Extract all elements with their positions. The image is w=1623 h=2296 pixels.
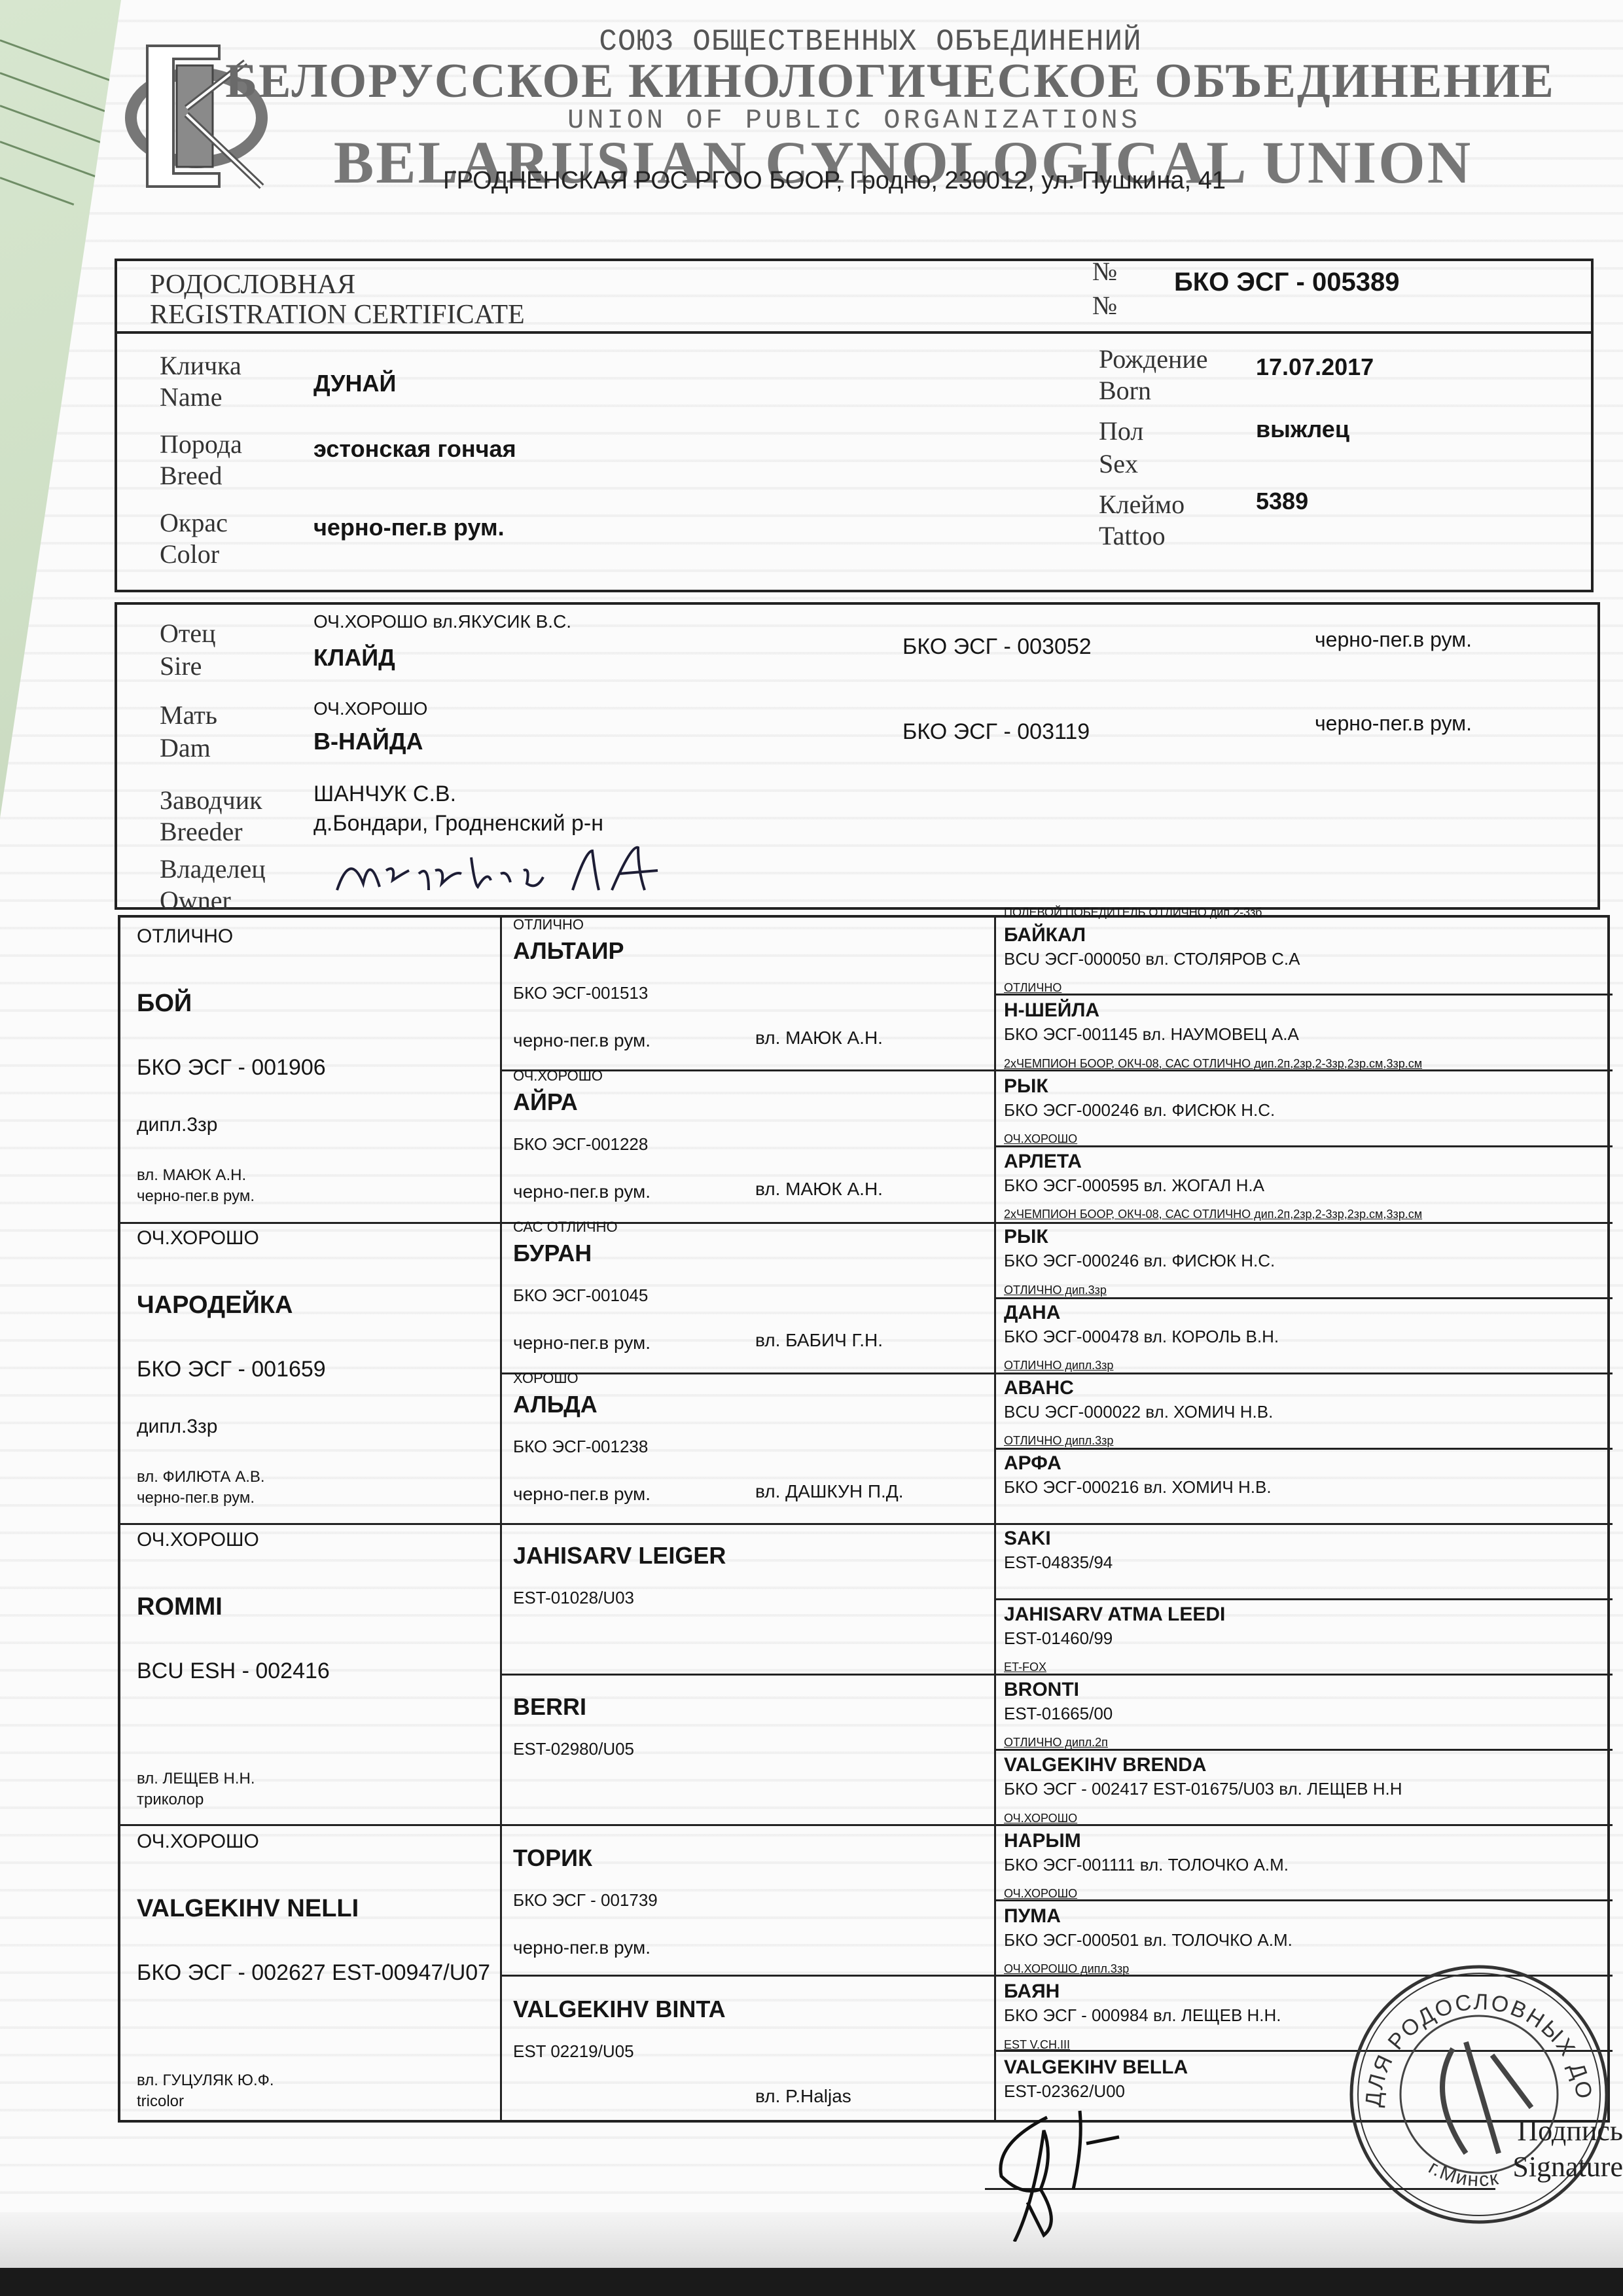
gen2-color: черно-пег.в рум.	[513, 1181, 651, 1202]
title-en: REGISTRATION CERTIFICATE	[150, 299, 525, 331]
gen3-reg: БКО ЭСГ-001111 вл. ТОЛОЧКО А.М.	[1004, 1855, 1289, 1875]
gen2-name: ТОРИК	[513, 1844, 592, 1872]
dog-info-box: Кличка Name ДУНАЙ Порода Breed эстонская…	[115, 334, 1594, 592]
gen3-reg: EST-01460/99	[1004, 1628, 1113, 1649]
gen2-reg: БКО ЭСГ-001513	[513, 983, 648, 1003]
gen3-award: ОТЛИЧНО дипл.3зр	[1004, 1434, 1113, 1448]
number-sign: №	[1092, 256, 1117, 287]
gen3-name: НАРЫМ	[1004, 1830, 1081, 1852]
gen1-diploma: дипл.3зр	[137, 1114, 217, 1136]
dam-color: черно-пег.в рум.	[1315, 711, 1472, 736]
gen2-name: АЙРА	[513, 1088, 578, 1116]
breed-label-en: Breed	[160, 460, 223, 492]
gen1-color: триколор	[137, 1791, 204, 1809]
gen2-name: БУРАН	[513, 1240, 592, 1267]
gen3-award: ОЧ.ХОРОШО	[1004, 1887, 1077, 1901]
stamp-text-bottom: г.Минск	[1425, 2157, 1501, 2191]
gen1-reg: БКО ЭСГ - 002627 EST-00947/U07	[137, 1960, 490, 1986]
gen2-owner: вл. МАЮК А.Н.	[755, 1028, 883, 1049]
gen3-name: ПУМА	[1004, 1905, 1061, 1928]
gen1-reg: БКО ЭСГ - 001659	[137, 1357, 326, 1382]
gen3-name: ДАНА	[1004, 1302, 1060, 1324]
gen3-reg: БКО ЭСГ-000478 вл. КОРОЛЬ В.Н.	[1004, 1327, 1279, 1347]
tattoo-label-en: Tattoo	[1099, 520, 1166, 552]
gen3-name: БАЙКАЛ	[1004, 924, 1086, 946]
gen2-name: BERRI	[513, 1693, 586, 1721]
gen2-award: ОЧ.ХОРОШО	[513, 1067, 603, 1085]
gen1-owner: вл. ГУЦУЛЯК Ю.Ф.	[137, 2072, 274, 2090]
gen1-award: ОЧ.ХОРОШО	[137, 1227, 259, 1249]
gen3-reg: БКО ЭСГ-000501 вл. ТОЛОЧКО А.М.	[1004, 1930, 1293, 1950]
gen2-owner: вл. ДАШКУН П.Д.	[755, 1481, 904, 1502]
signature-label-en: Signature	[1512, 2150, 1623, 2183]
gen2-award: ОТЛИЧНО	[513, 916, 584, 933]
gen2-color: черно-пег.в рум.	[513, 1030, 651, 1051]
gen1-diploma: дипл.3зр	[137, 1416, 217, 1438]
dog-name: ДУНАЙ	[313, 370, 396, 397]
name-label-ru: Кличка	[160, 350, 241, 382]
gen1-color: черно-пег.в рум.	[137, 1489, 255, 1507]
gen2-reg: БКО ЭСГ-001238	[513, 1437, 648, 1457]
gen2-reg: БКО ЭСГ-001045	[513, 1285, 648, 1306]
gen1-reg: БКО ЭСГ - 001906	[137, 1055, 326, 1081]
gen3-reg: БКО ЭСГ-001145 вл. НАУМОВЕЦ А.А	[1004, 1024, 1299, 1045]
gen1-owner: вл. ЛЕЩЕВ Н.Н.	[137, 1770, 255, 1788]
gen1-name: ROMMI	[137, 1593, 223, 1621]
gen2-reg: БКО ЭСГ - 001739	[513, 1890, 658, 1910]
gen3-award: ОЧ.ХОРОШО	[1004, 1132, 1077, 1146]
dog-born: 17.07.2017	[1256, 353, 1374, 381]
gen1-color: черно-пег.в рум.	[137, 1187, 255, 1206]
owner-label-ru: Владелец	[160, 853, 266, 885]
gen2-reg: EST 02219/U05	[513, 2041, 634, 2062]
gen3-name: АРЛЕТА	[1004, 1151, 1082, 1173]
dam-title: ОЧ.ХОРОШО	[313, 698, 427, 719]
gen3-name: JAHISARV ATMA LEEDI	[1004, 1604, 1225, 1626]
gen1-award: ОТЛИЧНО	[137, 925, 233, 948]
owner-handwritten-name-icon	[330, 844, 697, 903]
gen3-reg: EST-04835/94	[1004, 1552, 1113, 1573]
gen2-award: САС ОТЛИЧНО	[513, 1219, 618, 1236]
gen3-name: BRONTI	[1004, 1679, 1079, 1701]
gen1-name: ЧАРОДЕЙКА	[137, 1291, 293, 1319]
sire-title: ОЧ.ХОРОШО вл.ЯКУСИК В.С.	[313, 611, 571, 632]
gen2-award: ХОРОШО	[513, 1370, 579, 1387]
breeder-label-en: Breeder	[160, 816, 243, 848]
handwritten-signature-icon	[982, 2104, 1257, 2242]
dam-reg: БКО ЭСГ - 003119	[902, 719, 1090, 745]
gen3-reg: EST-01665/00	[1004, 1704, 1113, 1724]
gen3-award: ОТЛИЧНО дипл.3зр	[1004, 1359, 1113, 1372]
gen3-award: ET-FOX	[1004, 1660, 1046, 1674]
gen3-name: АРФА	[1004, 1452, 1061, 1475]
gen3-reg: БКО ЭСГ-000246 вл. ФИСЮК Н.С.	[1004, 1251, 1275, 1271]
gen2-name: АЛЬТАИР	[513, 937, 624, 965]
gen3-award: 2хЧЕМПИОН БООР, ОКЧ-08, САС ОТЛИЧНО дип.…	[1004, 1057, 1422, 1071]
sire-reg: БКО ЭСГ - 003052	[902, 634, 1092, 660]
gen2-reg: EST-02980/U05	[513, 1739, 634, 1759]
dog-color: черно-пег.в рум.	[313, 514, 505, 541]
gen3-award: ОЧ.ХОРОШО	[1004, 1812, 1077, 1825]
gen3-reg: БКО ЭСГ - 000984 вл. ЛЕЩЕВ Н.Н.	[1004, 2005, 1281, 2026]
gen2-owner: вл. P.Haljas	[755, 2086, 851, 2107]
gen3-award: EST V.CH.III	[1004, 2038, 1070, 2052]
name-label-en: Name	[160, 382, 223, 413]
bko-seal-stamp-icon: ДЛЯ РОДОСЛОВНЫХ ДОКУМЕНТОВ г.Минск	[1342, 1957, 1616, 2232]
gen1-owner: вл. ФИЛЮТА А.В.	[137, 1468, 265, 1486]
gen3-award: ОЧ.ХОРОШО дипл.3зр	[1004, 1962, 1129, 1976]
gen2-name: JAHISARV LEIGER	[513, 1542, 726, 1570]
gen3-award: ОТЛИЧНО дипл.2п	[1004, 1736, 1108, 1749]
dam-label-en: Dam	[160, 732, 211, 764]
gen3-name: РЫК	[1004, 1226, 1048, 1248]
gen3-reg: БКО ЭСГ-000246 вл. ФИСЮК Н.С.	[1004, 1100, 1275, 1121]
gen3-name: VALGEKIHV BRENDA	[1004, 1754, 1206, 1776]
gen3-name: БАЯН	[1004, 1981, 1060, 2003]
gen3-reg: BCU ЭСГ-000022 вл. ХОМИЧ Н.В.	[1004, 1402, 1273, 1422]
gen2-owner: вл. МАЮК А.Н.	[755, 1179, 883, 1200]
gen2-name: АЛЬДА	[513, 1391, 597, 1418]
gen3-name: РЫК	[1004, 1075, 1048, 1098]
gen3-award: ОТЛИЧНО	[1004, 981, 1061, 995]
tattoo-label-ru: Клеймо	[1099, 489, 1185, 520]
dog-sex: выжлец	[1256, 416, 1349, 443]
certificate-title-box: РОДОСЛОВНАЯ REGISTRATION CERTIFICATE № №…	[115, 259, 1594, 334]
gen3-name: SAKI	[1004, 1528, 1051, 1550]
sire-label-en: Sire	[160, 651, 202, 682]
owner-label-en: Owner	[160, 885, 231, 916]
gen3-name: Н-ШЕЙЛА	[1004, 999, 1099, 1022]
sire-label-ru: Отец	[160, 618, 216, 649]
sex-label-en: Sex	[1099, 448, 1138, 480]
certificate-page: СОЮЗ ОБЩЕСТВЕННЫХ ОБЪЕДИНЕНИЙ БЕЛОРУССКО…	[0, 0, 1623, 2268]
gen3-name: АВАНС	[1004, 1377, 1074, 1399]
svg-text:г.Минск: г.Минск	[1425, 2157, 1501, 2191]
gen1-award: ОЧ.ХОРОШО	[137, 1529, 259, 1551]
breeder-address: д.Бондари, Гродненский р-н	[313, 811, 603, 836]
sire-color: черно-пег.в рум.	[1315, 628, 1472, 652]
breed-label-ru: Порода	[160, 429, 242, 460]
dog-tattoo: 5389	[1256, 488, 1308, 515]
sex-label-ru: Пол	[1099, 416, 1143, 447]
gen3-reg: EST-02362/U00	[1004, 2081, 1125, 2102]
born-label-en: Born	[1099, 375, 1151, 406]
gen1-color: tricolor	[137, 2092, 184, 2111]
sire-name: КЛАЙД	[313, 644, 395, 672]
dam-label-ru: Мать	[160, 700, 217, 731]
dam-name: В-НАЙДА	[313, 728, 423, 755]
gen2-owner: вл. БАБИЧ Г.Н.	[755, 1330, 883, 1351]
gen1-owner: вл. МАЮК А.Н.	[137, 1166, 246, 1185]
gen2-reg: БКО ЭСГ-001228	[513, 1134, 648, 1155]
gen1-reg: BCU ESH - 002416	[137, 1659, 330, 1684]
number-sign: №	[1092, 290, 1117, 321]
signature-label-ru: Подпись	[1517, 2114, 1623, 2147]
certificate-number: БКО ЭСГ - 005389	[1174, 268, 1399, 297]
dog-breed: эстонская гончая	[313, 435, 516, 463]
gen3-award: ОТЛИЧНО дип.3зр	[1004, 1283, 1107, 1297]
breeder-label-ru: Заводчик	[160, 785, 262, 816]
gen3-award: ПОЛЕВОЙ ПОБЕДИТЕЛЬ ОТЛИЧНО дип 2-3зб	[1004, 906, 1262, 920]
gen2-reg: EST-01028/U03	[513, 1588, 634, 1608]
gen3-reg: БКО ЭСГ - 002417 EST-01675/U03 вл. ЛЕЩЕВ…	[1004, 1779, 1402, 1799]
color-label-ru: Окрас	[160, 507, 228, 539]
branch-address: ГРОДНЕНСКАЯ РОС РГОО БООР, Гродно, 23001…	[0, 167, 1623, 195]
svg-text:ДЛЯ РОДОСЛОВНЫХ ДОКУМЕНТОВ: ДЛЯ РОДОСЛОВНЫХ ДОКУМЕНТОВ	[1342, 1957, 1597, 2108]
org-ru-title: БЕЛОРУССКОЕ КИНОЛОГИЧЕСКОЕ ОБЪЕДИНЕНИЕ	[0, 54, 1623, 109]
gen2-color: черно-пег.в рум.	[513, 1484, 651, 1505]
stamp-text-top: ДЛЯ РОДОСЛОВНЫХ ДОКУМЕНТОВ	[1342, 1957, 1597, 2108]
title-ru: РОДОСЛОВНАЯ	[150, 269, 355, 300]
gen2-color: черно-пег.в рум.	[513, 1333, 651, 1354]
gen3-award: 2хЧЕМПИОН БООР, ОКЧ-08, САС ОТЛИЧНО дип.…	[1004, 1208, 1422, 1221]
gen3-reg: БКО ЭСГ-000216 вл. ХОМИЧ Н.В.	[1004, 1477, 1272, 1498]
gen3-reg: БКО ЭСГ-000595 вл. ЖОГАЛ Н.А	[1004, 1175, 1264, 1196]
gen3-reg: BCU ЭСГ-000050 вл. СТОЛЯРОВ С.А	[1004, 949, 1300, 969]
gen1-award: ОЧ.ХОРОШО	[137, 1831, 259, 1853]
gen1-name: VALGEKIHV NELLI	[137, 1895, 359, 1923]
pedigree-table: ОТЛИЧНОБОЙБКО ЭСГ - 001906дипл.3зрвл. МА…	[118, 915, 1610, 2123]
gen2-name: VALGEKIHV BINTA	[513, 1996, 726, 2023]
breeder-name: ШАНЧУК С.В.	[313, 781, 456, 807]
gen2-color: черно-пег.в рум.	[513, 1937, 651, 1958]
born-label-ru: Рождение	[1099, 344, 1208, 375]
gen1-name: БОЙ	[137, 990, 192, 1018]
color-label-en: Color	[160, 539, 219, 570]
gen3-name: VALGEKIHV BELLA	[1004, 2056, 1188, 2079]
